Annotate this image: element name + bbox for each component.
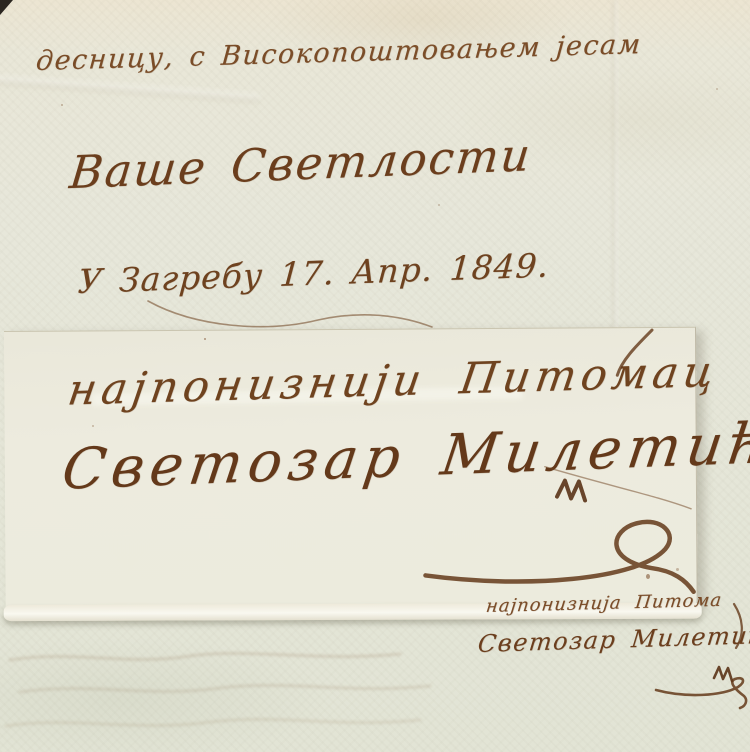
original-signature-line: Светозар Милетић (476, 621, 750, 658)
inset-closing-line: најпонизнији Питомац (65, 347, 722, 416)
paper-crease-top (0, 74, 260, 104)
letter-closing-fragment: десницу, с Високопоштовањем јесам (35, 29, 643, 77)
ink-speck (438, 204, 440, 206)
letter-salutation: Ваше Светлости (67, 128, 534, 199)
ink-speck (716, 88, 718, 90)
scan-corner-mark (0, 0, 13, 15)
show-through-handwriting (0, 638, 440, 752)
letter-dateline: У Загребу 17. Апр. 1849. (77, 245, 551, 301)
letter-scan: десницу, с Високопоштовањем јесам Ваше С… (0, 0, 750, 752)
ink-speck (61, 104, 63, 106)
inset-signature-line: Светозар Милетић (58, 411, 750, 503)
inset-signature-clipping: најпонизнији Питомац Светозар Милетић (4, 327, 698, 613)
